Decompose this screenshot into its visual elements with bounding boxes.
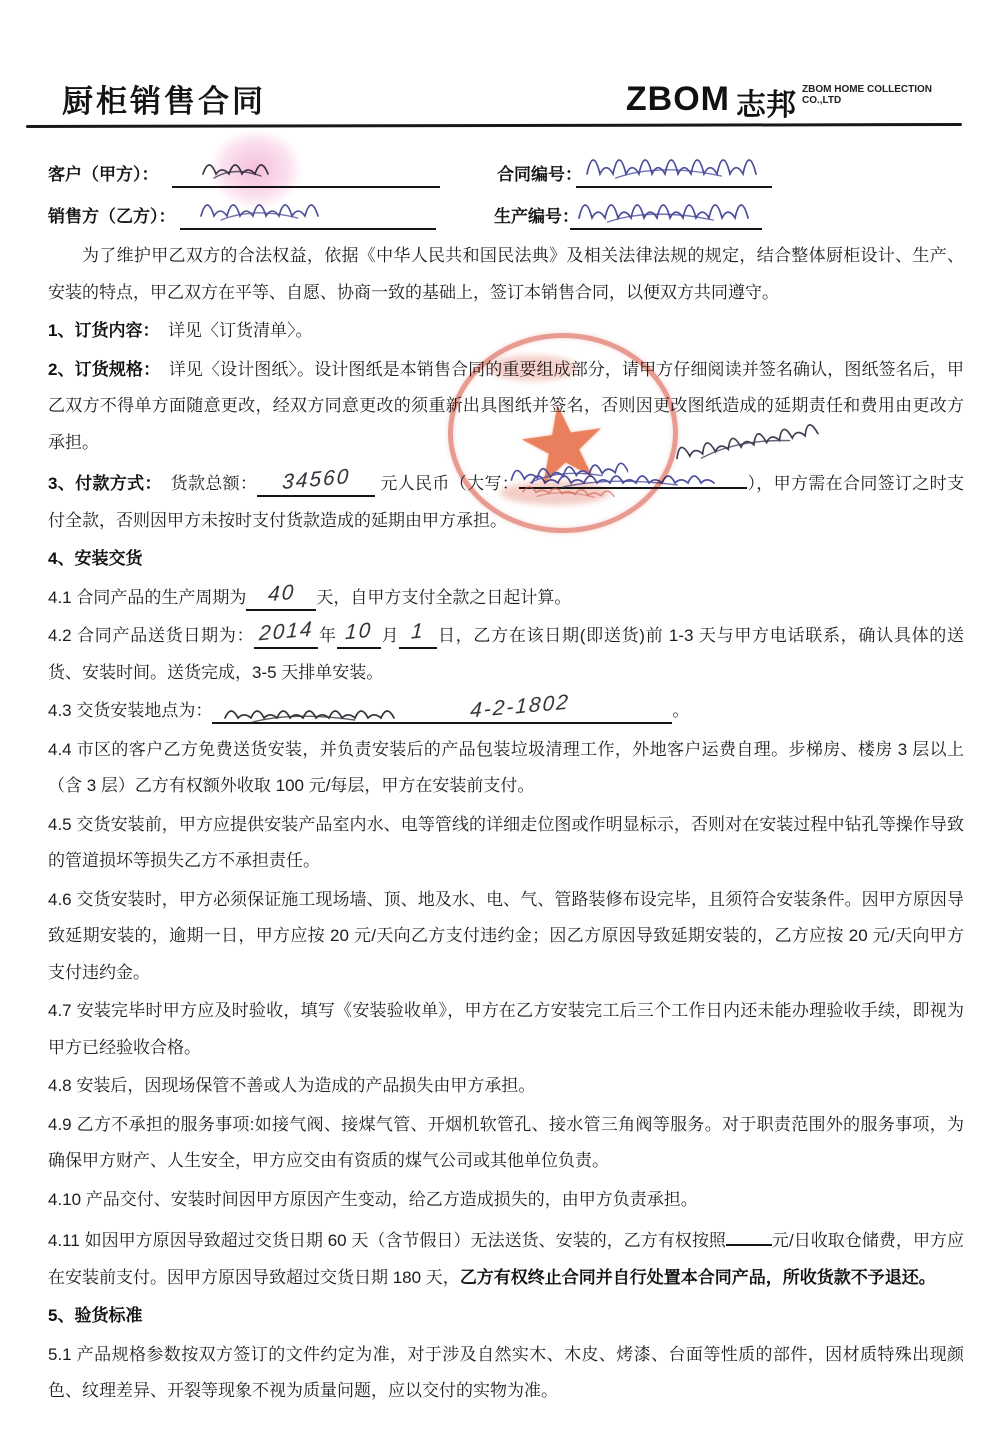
contract-no-field-label: 合同编号： [497,160,582,185]
handwritten-value: 34560 [282,465,351,495]
contract-paragraph: 4.1 合同产品的生产周期为40天，自甲方支付全款之日起计算。 [48,580,964,617]
paragraph-text: 4.7 安装完毕时甲方应及时验收，填写《安装验收单》，甲方在乙方安装完工后三个工… [48,1001,964,1057]
contract-paragraph: 2、订货规格： 详见〈设计图纸〉。设计图纸是本销售合同的重要组成部分，请甲方仔细… [48,352,964,462]
contract-paragraph: 4.6 交货安装时，甲方必须保证施工现场墙、顶、地及水、电、气、管路装修布设完毕… [48,882,964,992]
contract-body: 为了维护甲乙双方的合法权益，依据《中华人民共和国民法典》及相关法律法规的规定，结… [48,238,964,1412]
paragraph-text: 货款总额： [153,474,257,493]
contract-paragraph: 3、付款方式： 货款总额：34560 元人民币（大写：），甲方需在合同签订之时支… [48,463,964,539]
contract-paragraph: 1、订货内容： 详见〈订货清单〉。 [48,313,964,350]
handwritten-value: 2014 [258,618,314,647]
fill-in-blank-line: 40 [246,585,316,611]
paragraph-text: 4.1 合同产品的生产周期为 [48,588,246,607]
production-no-field-label: 生产编号： [494,202,579,227]
header-divider-line [26,123,962,128]
paragraph-bold-text: 3、付款方式： [48,474,153,493]
fill-in-blank-line [519,463,747,489]
fill-in-blank-line: 34560 [257,471,375,497]
fill-in-blank-line: 1 [399,623,437,649]
fill-in-blank-line: 10 [337,623,381,649]
customer-handwriting-scrawl [200,150,278,189]
contract-paragraph: 4.4 市区的客户乙方免费送货安装，并负责安装后的产品包装垃圾清理工作，外地客户… [48,732,964,805]
contract-paragraph: 为了维护甲乙双方的合法权益，依据《中华人民共和国民法典》及相关法律法规的规定，结… [48,238,964,311]
paragraph-text: 4.10 产品交付、安装时间因甲方原因产生变动，给乙方造成损失的，由甲方负责承担… [48,1190,698,1209]
paragraph-text: 4.3 交货安装地点为： [48,701,212,720]
contract-no-handwriting-scrawl [584,140,760,189]
contract-paragraph: 4.10 产品交付、安装时间因甲方原因产生变动，给乙方造成损失的，由甲方负责承担… [48,1182,964,1219]
paragraph-text: 4.11 如因甲方原因导致超过交货日期 60 天（含节假日）无法送货、安装的，乙… [48,1231,726,1250]
paragraph-text: 4.6 交货安装时，甲方必须保证施工现场墙、顶、地及水、电、气、管路装修布设完毕… [48,890,964,982]
handwritten-value: 40 [267,580,296,607]
production-no-handwriting-scrawl [576,186,752,233]
logo-subtext: ZBOM HOME COLLECTION CO.,LTD [802,84,932,106]
paragraph-text: 4.4 市区的客户乙方免费送货安装，并负责安装后的产品包装垃圾清理工作，外地客户… [48,740,964,796]
logo-cn-text: 志邦 [736,80,796,124]
paragraph-text: 月 [381,626,399,645]
handwritten-value: 1 [411,619,426,644]
contract-paragraph: 4.3 交货安装地点为：4-2-1802。 [48,693,964,730]
contract-paragraph: 4.7 安装完毕时甲方应及时验收，填写《安装验收单》，甲方在乙方安装完工后三个工… [48,993,964,1066]
contract-paragraph: 4.8 安装后，因现场保管不善或人为造成的产品损失由甲方承担。 [48,1068,964,1105]
logo-sub-line1: ZBOM HOME COLLECTION [802,84,932,95]
contract-page: { "header": { "title": "厨柜销售合同", "logo":… [0,0,990,1455]
paragraph-text: 4.9 乙方不承担的服务事项:如接气阀、接煤气管、开烟机软管孔、接水管三角阀等服… [48,1115,964,1171]
paragraph-text: 为了维护甲乙双方的合法权益，依据《中华人民共和国民法典》及相关法律法规的规定，结… [48,246,964,302]
paragraph-bold-text: 2、订货规格： [48,360,152,379]
paragraph-bold-text: 1、订货内容： [48,321,151,340]
paragraph-bold-text: 5、验货标准 [48,1306,142,1325]
paragraph-text: 天，自甲方支付全款之日起计算。 [316,588,571,607]
paragraph-text: 4.2 合同产品送货日期为： [48,626,254,645]
paragraph-text: 。 [672,701,689,720]
paragraph-bold-text: 4、安装交货 [48,549,142,568]
seller-field-blank [180,198,436,230]
paragraph-text: 详见〈订货清单〉。 [151,321,313,340]
customer-field-blank [172,156,440,188]
handwritten-value: 10 [345,619,374,646]
contract-paragraph: 4.2 合同产品送货日期为：2014年10月1日，乙方在该日期(即送货)前 1-… [48,618,964,691]
contract-paragraph: 4.11 如因甲方原因导致超过交货日期 60 天（含节假日）无法送货、安装的，乙… [48,1220,964,1296]
seller-field-label: 销售方（乙方）： [48,202,176,227]
contract-paragraph: 4.5 交货安装前，甲方应提供安装产品室内水、电等管线的详细走位图或作明显标示，… [48,807,964,880]
paragraph-text: 5.1 产品规格参数按双方签订的文件约定为准，对于涉及自然实木、木皮、烤漆、台面… [48,1345,964,1401]
seller-handwriting-scrawl [198,188,326,231]
fill-in-blank-line: 4-2-1802 [212,698,672,724]
fill-in-blank-line: 2014 [254,623,318,649]
production-no-field-blank [570,198,762,230]
contract-paragraph: 4.9 乙方不承担的服务事项:如接气阀、接煤气管、开烟机软管孔、接水管三角阀等服… [48,1107,964,1180]
paragraph-text: 年 [318,626,336,645]
fill-in-blank-line [726,1220,772,1246]
paragraph-bold-text: 乙方有权终止合同并自行处置本合同产品，所收货款不予退还。 [460,1268,936,1287]
page-title: 厨柜销售合同 [62,76,266,121]
paragraph-text: 元人民币（大写： [375,474,519,493]
customer-field-label: 客户（甲方）： [48,160,159,185]
logo-sub-line2: CO.,LTD [802,95,932,106]
contract-paragraph: 5.1 产品规格参数按双方签订的文件约定为准，对于涉及自然实木、木皮、烤漆、台面… [48,1337,964,1410]
handwritten-value: 4-2-1802 [470,691,571,724]
brand-logo: ZBOM 志邦 ZBOM HOME COLLECTION CO.,LTD [626,80,932,124]
contract-no-field-blank [576,156,772,188]
contract-paragraph: 4、安装交货 [48,541,964,578]
contract-paragraph: 5、验货标准 [48,1298,964,1335]
logo-zbom-text: ZBOM [626,80,730,119]
paragraph-text: 4.8 安装后，因现场保管不善或人为造成的产品损失由甲方承担。 [48,1076,535,1095]
paragraph-text: 详见〈设计图纸〉。设计图纸是本销售合同的重要组成部分，请甲方仔细阅读并签名确认，… [48,360,964,452]
paragraph-text: 4.5 交货安装前，甲方应提供安装产品室内水、电等管线的详细走位图或作明显标示，… [48,815,964,871]
